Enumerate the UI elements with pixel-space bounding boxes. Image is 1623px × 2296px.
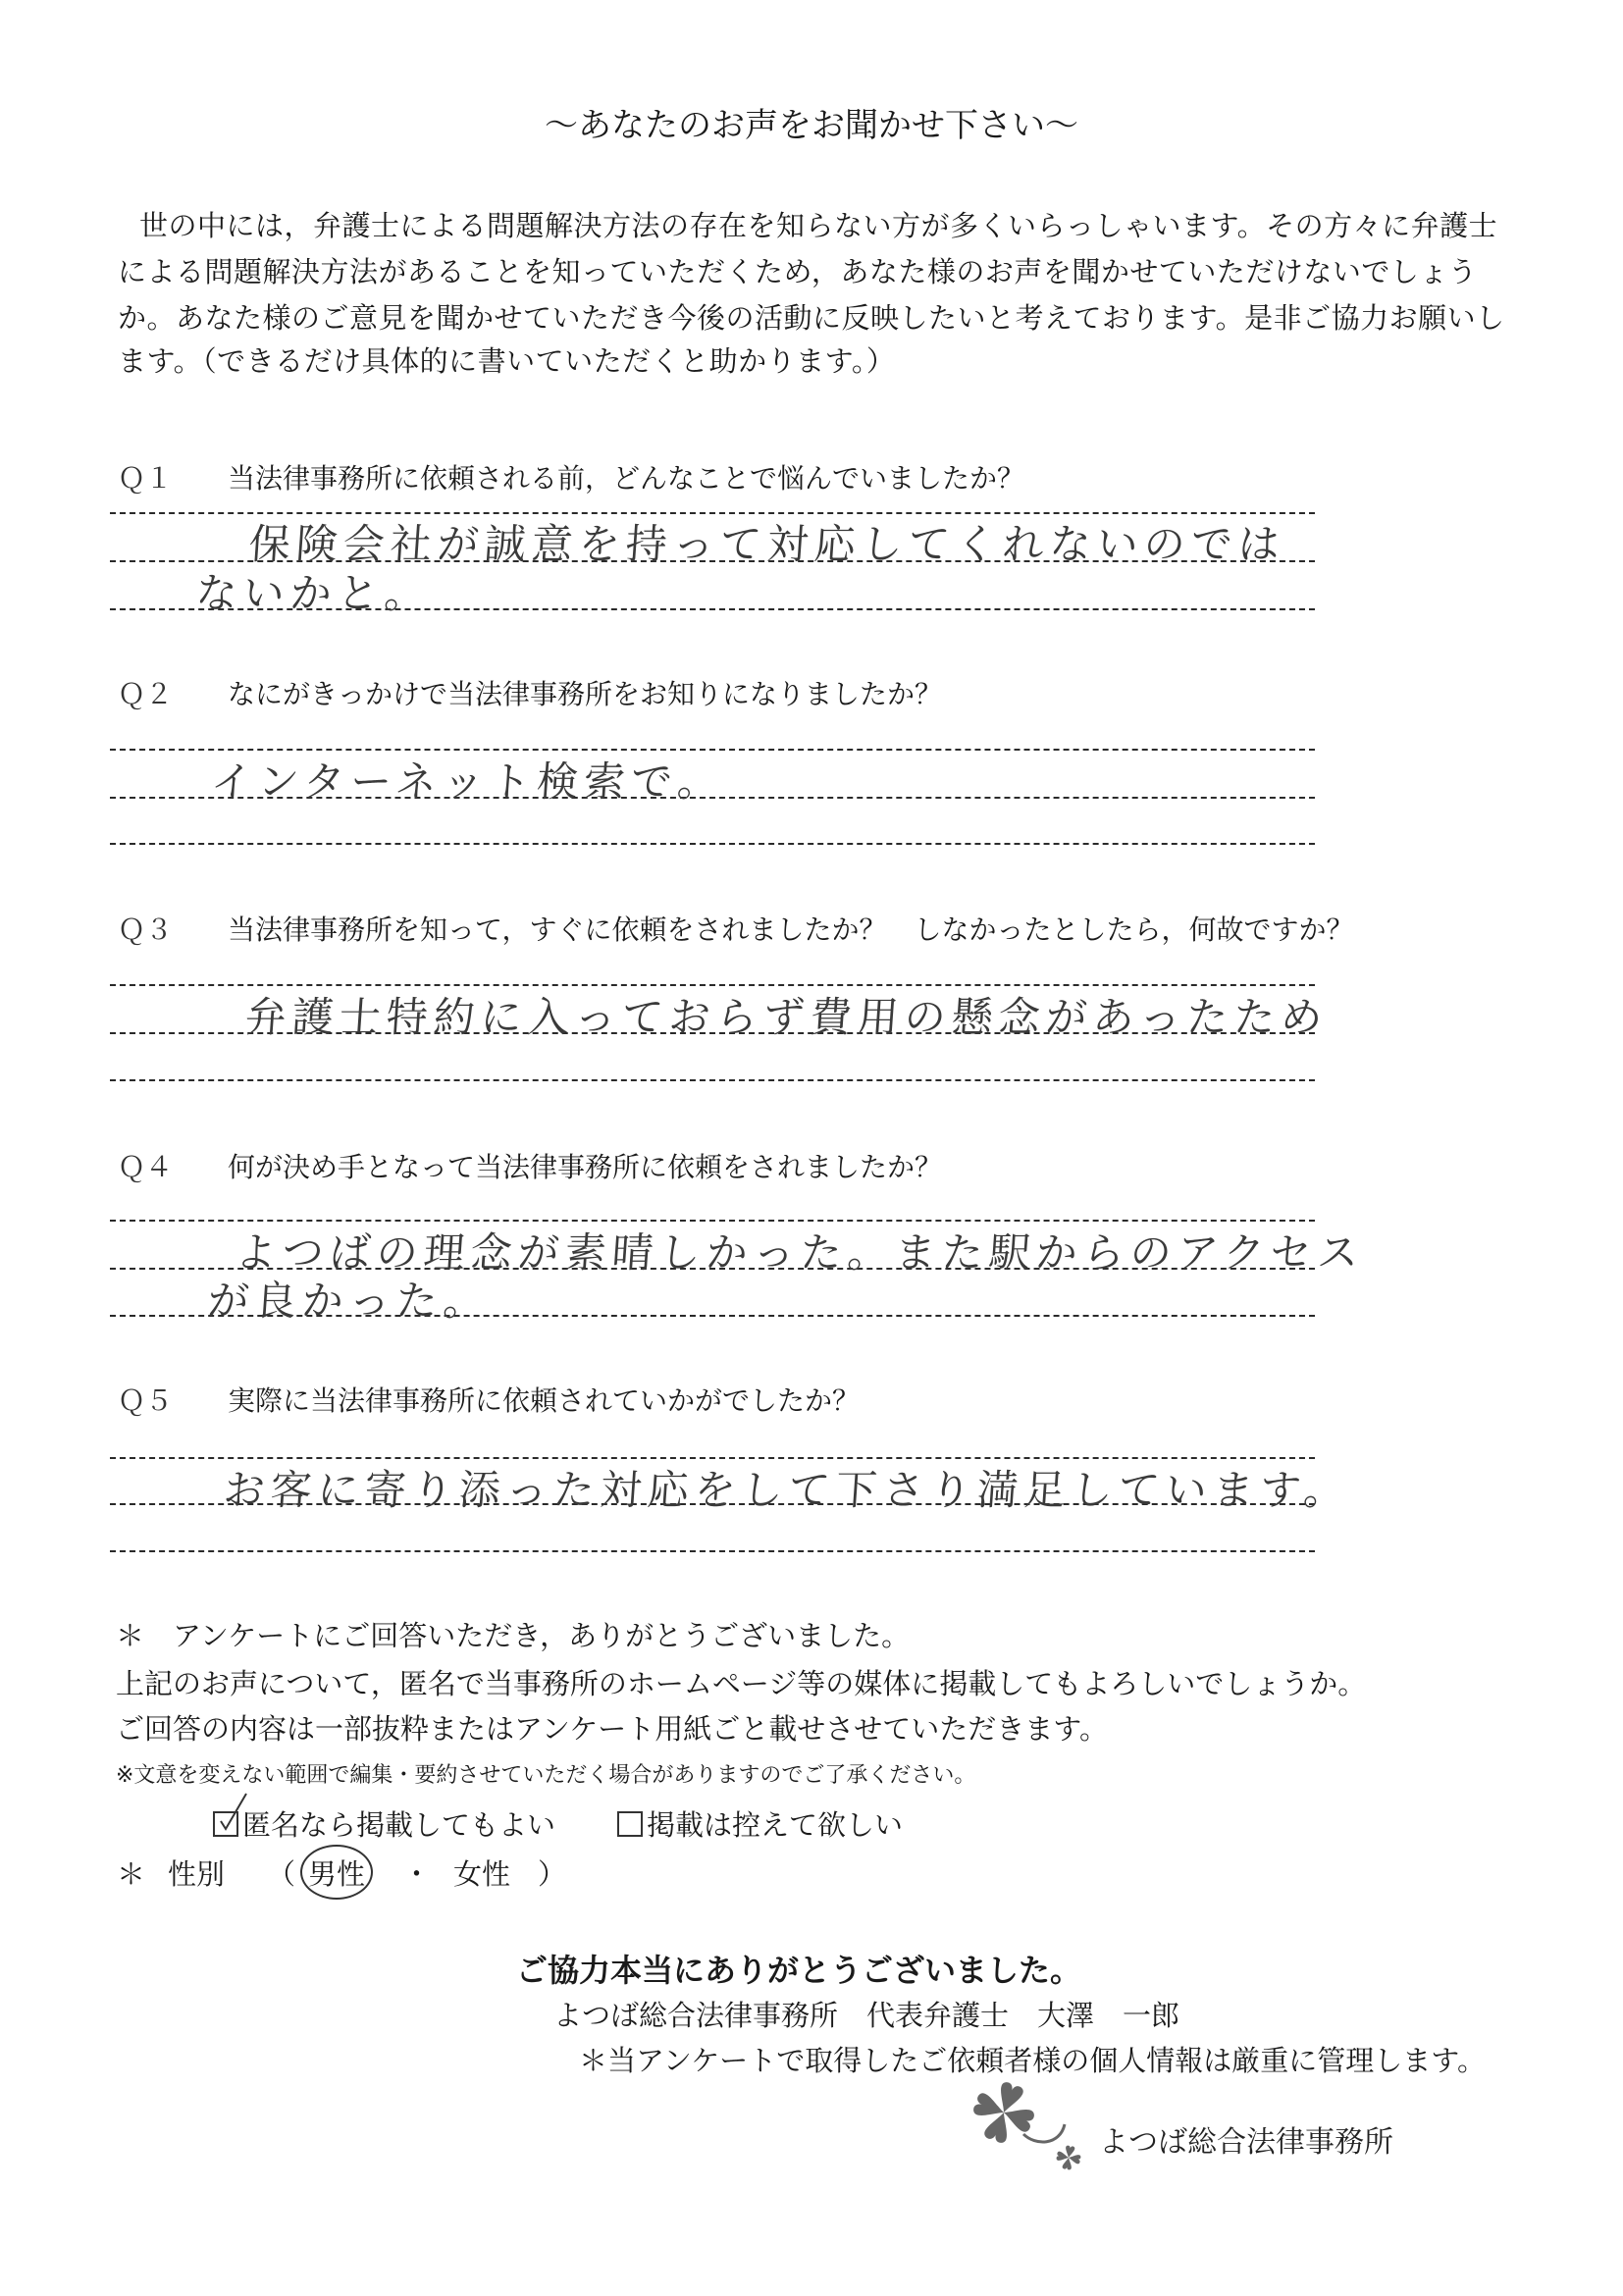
checkbox-unchecked[interactable] xyxy=(617,1811,643,1837)
intro-line-1: 世の中には，弁護士による問題解決方法の存在を知らない方が多くいらっしゃいます。そ… xyxy=(139,204,1497,244)
handwritten-answer[interactable]: ないかと。 xyxy=(194,561,434,620)
answer-line xyxy=(110,1550,1315,1552)
consent-question: 上記のお声について，匿名で当事務所のホームページ等の媒体に掲載してもよろしいでし… xyxy=(116,1662,1366,1702)
handwritten-answer[interactable]: 弁護士特約に入っておらず費用の懸念があったため xyxy=(243,985,1331,1044)
selected-circle xyxy=(300,1845,373,1900)
question-label: Ｑ２ xyxy=(118,673,173,712)
handwritten-answer[interactable]: お客に寄り添った対応をして下さり満足しています。 xyxy=(222,1458,1353,1517)
intro-line-2: による問題解決方法があることを知っていただくため，あなた様のお声を聞かせていただ… xyxy=(118,250,1477,290)
gender-label: 性別 xyxy=(168,1852,225,1893)
gender-close-paren: ） xyxy=(538,1852,566,1893)
gender-option-female[interactable]: 女性 xyxy=(453,1852,510,1893)
question-text: 何が決め手となって当法律事務所に依頼をされましたか？ xyxy=(228,1146,942,1185)
question-label: Ｑ４ xyxy=(118,1146,173,1185)
answer-line xyxy=(110,1079,1315,1081)
answer-line xyxy=(110,843,1315,845)
checkbox-checked[interactable] xyxy=(213,1811,238,1837)
intro-line-4: ます。（できるだけ具体的に書いていただくと助かります。） xyxy=(118,339,895,380)
option-label: 掲載は控えて欲しい xyxy=(647,1808,903,1842)
option-label: 匿名なら掲載してもよい xyxy=(242,1808,555,1842)
closing-signature: よつば総合法律事務所 代表弁護士 大澤 一郎 xyxy=(553,1994,1179,2034)
handwritten-answer[interactable]: インターネット検索で。 xyxy=(209,750,727,809)
intro-line-3: か。あなた様のご意見を聞かせていただき今後の活動に反映したいと考えております。是… xyxy=(118,296,1505,337)
gender-prefix: ＊ xyxy=(117,1852,145,1893)
clover-icon xyxy=(967,2075,1084,2178)
consent-option-decline[interactable]: 掲載は控えて欲しい xyxy=(617,1803,903,1844)
consent-option-anonymous[interactable]: 匿名なら掲載してもよい xyxy=(213,1803,555,1844)
question-label: Ｑ３ xyxy=(118,909,173,948)
check-mark-icon xyxy=(219,1792,248,1831)
logo-name: よつば総合法律事務所 xyxy=(1099,2117,1393,2161)
consent-thanks: ＊ アンケートにご回答いただき，ありがとうございました。 xyxy=(116,1614,910,1654)
question-text: 実際に当法律事務所に依頼されていかがでしたか？ xyxy=(228,1380,860,1419)
question-label: Ｑ１ xyxy=(118,457,173,496)
question-text: 当法律事務所を知って，すぐに依頼をされましたか？ しなかったとしたら，何故ですか… xyxy=(228,909,1353,948)
gender-open-paren: （ xyxy=(267,1852,295,1893)
question-label: Ｑ５ xyxy=(118,1380,173,1419)
question-text: なにがきっかけで当法律事務所をお知りになりましたか？ xyxy=(228,673,942,712)
handwritten-answer[interactable]: が良かった。 xyxy=(206,1269,493,1328)
consent-detail: ご回答の内容は一部抜粋またはアンケート用紙ごと載せさせていただきます。 xyxy=(116,1707,1108,1748)
gender-separator: ・ xyxy=(402,1852,431,1893)
privacy-note: ＊当アンケートで取得したご依頼者様の個人情報は厳重に管理します。 xyxy=(579,2039,1486,2079)
closing-thanks: ご協力本当にありがとうございました。 xyxy=(516,1946,1081,1991)
consent-note: ※文意を変えない範囲で編集・要約させていただく場合がありますのでご了承ください。 xyxy=(116,1758,975,1789)
page-title: ～あなたのお声をお聞かせ下さい～ xyxy=(0,98,1623,146)
question-text: 当法律事務所に依頼される前，どんなことで悩んでいましたか？ xyxy=(228,457,1024,496)
